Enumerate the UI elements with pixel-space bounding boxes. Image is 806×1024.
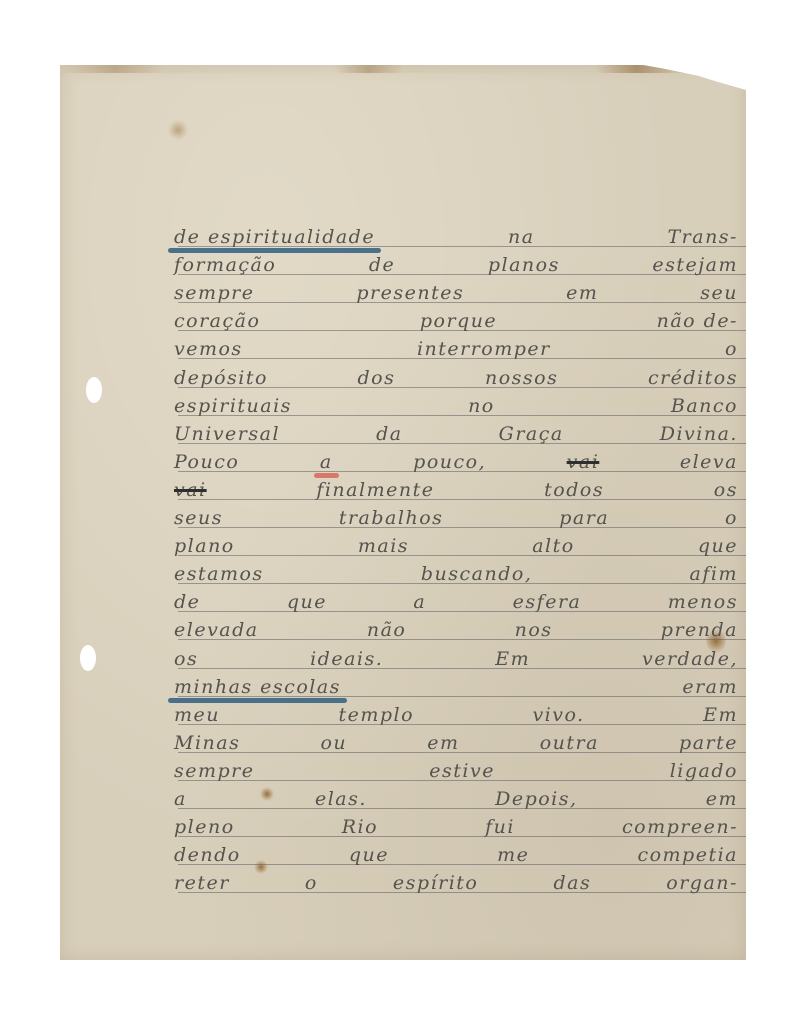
handwritten-word: da xyxy=(374,423,405,445)
handwritten-word: prenda xyxy=(659,619,740,641)
handwritten-word: porque xyxy=(418,310,499,332)
handwritten-word: ideais. xyxy=(308,648,385,670)
handwritten-word: o xyxy=(723,338,740,360)
text-line: depósitodosnossoscréditos xyxy=(172,363,740,389)
handwritten-word: competia xyxy=(635,844,740,866)
text-line: UniversaldaGraçaDivina. xyxy=(172,419,740,445)
handwritten-word: Em xyxy=(701,704,740,726)
handwritten-word: Universal xyxy=(172,423,282,445)
handwritten-word: não de- xyxy=(655,310,740,332)
handwritten-word: verdade, xyxy=(640,648,740,670)
text-line: planomaisaltoque xyxy=(172,531,740,557)
handwritten-word: minhas escolas xyxy=(172,676,343,698)
handwritten-word: seu xyxy=(698,282,740,304)
handwritten-word: Depois, xyxy=(493,788,579,810)
handwritten-word: estive xyxy=(427,760,497,782)
handwritten-word: vai xyxy=(565,451,602,473)
handwritten-word: estamos xyxy=(172,563,266,585)
handwritten-word: parte xyxy=(677,732,740,754)
handwritten-word: em xyxy=(425,732,461,754)
handwritten-word: seus xyxy=(172,507,225,529)
handwritten-word: finalmente xyxy=(314,479,436,501)
handwritten-word: pouco, xyxy=(411,451,488,473)
handwritten-word: que xyxy=(347,844,391,866)
handwritten-word: Graça xyxy=(497,423,566,445)
handwritten-word: de xyxy=(172,591,202,613)
handwritten-word: elas. xyxy=(313,788,369,810)
handwritten-word: depósito xyxy=(172,367,270,389)
text-line: minhas escolaseram xyxy=(172,672,740,698)
handwritten-word: espírito xyxy=(391,872,480,894)
handwritten-word: Banco xyxy=(669,395,740,417)
handwritten-word: buscando, xyxy=(419,563,535,585)
handwritten-word: reter xyxy=(172,872,232,894)
handwritten-word: em xyxy=(564,282,600,304)
text-line: formaçãodeplanosestejam xyxy=(172,250,740,276)
handwritten-word: o xyxy=(723,507,740,529)
handwritten-word: presentes xyxy=(354,282,466,304)
page-top-edge-stain xyxy=(60,65,746,73)
handwritten-word: o xyxy=(303,872,320,894)
handwritten-word: sempre xyxy=(172,760,257,782)
text-line: reteroespíritodasorgan- xyxy=(172,868,740,894)
text-line: seustrabalhosparao xyxy=(172,503,740,529)
handwritten-word: meu xyxy=(172,704,222,726)
handwritten-word: Minas xyxy=(172,732,242,754)
handwritten-word: Pouco xyxy=(172,451,241,473)
handwritten-word: ligado xyxy=(668,760,740,782)
handwritten-word: alto xyxy=(530,535,576,557)
handwritten-word: outra xyxy=(538,732,601,754)
manuscript-page: de espiritualidadenaTrans-formaçãodeplan… xyxy=(60,65,746,960)
text-line: aelas.Depois,em xyxy=(172,784,740,810)
handwritten-word: pleno xyxy=(172,816,237,838)
text-line: Minasouemoutraparte xyxy=(172,728,740,754)
handwritten-word: eleva xyxy=(678,451,740,473)
handwritten-word: vemos xyxy=(172,338,245,360)
text-line: de espiritualidadenaTrans- xyxy=(172,222,740,248)
handwritten-word: estejam xyxy=(650,254,740,276)
handwritten-word: na xyxy=(506,226,537,248)
handwritten-word: que xyxy=(696,535,740,557)
handwritten-word: dendo xyxy=(172,844,243,866)
handwritten-word: fui xyxy=(483,816,517,838)
text-line: plenoRiofuicompreen- xyxy=(172,812,740,838)
handwritten-word: trabalhos xyxy=(337,507,446,529)
text-line: elevadanãonosprenda xyxy=(172,615,740,641)
handwritten-word: de espiritualidade xyxy=(172,226,377,248)
punch-hole-bottom xyxy=(80,645,96,671)
handwritten-word: templo xyxy=(336,704,416,726)
handwritten-word: no xyxy=(466,395,497,417)
stain-spot xyxy=(168,120,188,140)
handwritten-word: que xyxy=(285,591,329,613)
handwritten-word: me xyxy=(495,844,531,866)
handwritten-word: espirituais xyxy=(172,395,294,417)
text-line: coraçãoporquenão de- xyxy=(172,306,740,332)
handwritten-word: interromper xyxy=(415,338,553,360)
handwritten-word: a xyxy=(172,788,189,810)
handwritten-word: os xyxy=(172,648,200,670)
text-line: espirituaisnoBanco xyxy=(172,391,740,417)
text-line: osideais.Emverdade, xyxy=(172,644,740,670)
handwritten-word: em xyxy=(704,788,740,810)
text-line: estamosbuscando,afim xyxy=(172,559,740,585)
handwritten-word: plano xyxy=(172,535,237,557)
handwritten-word: formação xyxy=(172,254,278,276)
handwritten-word: para xyxy=(557,507,611,529)
handwritten-word: esfera xyxy=(511,591,584,613)
handwritten-word: menos xyxy=(666,591,740,613)
text-line: vemosinterrompero xyxy=(172,334,740,360)
text-line: meutemplovivo.Em xyxy=(172,700,740,726)
handwritten-word: todos xyxy=(542,479,606,501)
handwritten-word: elevada xyxy=(172,619,261,641)
text-line: dequeaesferamenos xyxy=(172,587,740,613)
handwritten-word: a xyxy=(318,451,335,473)
text-line: sempreestiveligado xyxy=(172,756,740,782)
handwritten-word: a xyxy=(411,591,428,613)
handwritten-word: créditos xyxy=(646,367,740,389)
handwritten-word: sempre xyxy=(172,282,257,304)
handwritten-word: Rio xyxy=(340,816,380,838)
handwritten-word: dos xyxy=(356,367,398,389)
handwritten-word: das xyxy=(551,872,593,894)
text-line: Poucoapouco,vaieleva xyxy=(172,447,740,473)
punch-hole-top xyxy=(86,377,102,403)
handwritten-word: planos xyxy=(486,254,562,276)
handwritten-word: ou xyxy=(318,732,349,754)
handwritten-word: nos xyxy=(513,619,555,641)
handwritten-word: os xyxy=(712,479,740,501)
handwritten-word: vai xyxy=(172,479,209,501)
handwritten-word: Em xyxy=(493,648,532,670)
text-line: dendoquemecompetia xyxy=(172,840,740,866)
handwritten-word: de xyxy=(367,254,397,276)
handwritten-word: coração xyxy=(172,310,262,332)
handwritten-word: Divina. xyxy=(658,423,740,445)
handwritten-word: afim xyxy=(688,563,740,585)
handwritten-word: nossos xyxy=(483,367,560,389)
handwritten-word: compreen- xyxy=(620,816,740,838)
handwritten-word: mais xyxy=(356,535,411,557)
handwritten-word: eram xyxy=(680,676,740,698)
text-line: semprepresentesemseu xyxy=(172,278,740,304)
text-line: vaifinalmentetodosos xyxy=(172,475,740,501)
handwritten-word: vivo. xyxy=(530,704,586,726)
handwritten-word: Trans- xyxy=(665,226,740,248)
handwritten-word: organ- xyxy=(664,872,740,894)
handwritten-word: não xyxy=(365,619,409,641)
